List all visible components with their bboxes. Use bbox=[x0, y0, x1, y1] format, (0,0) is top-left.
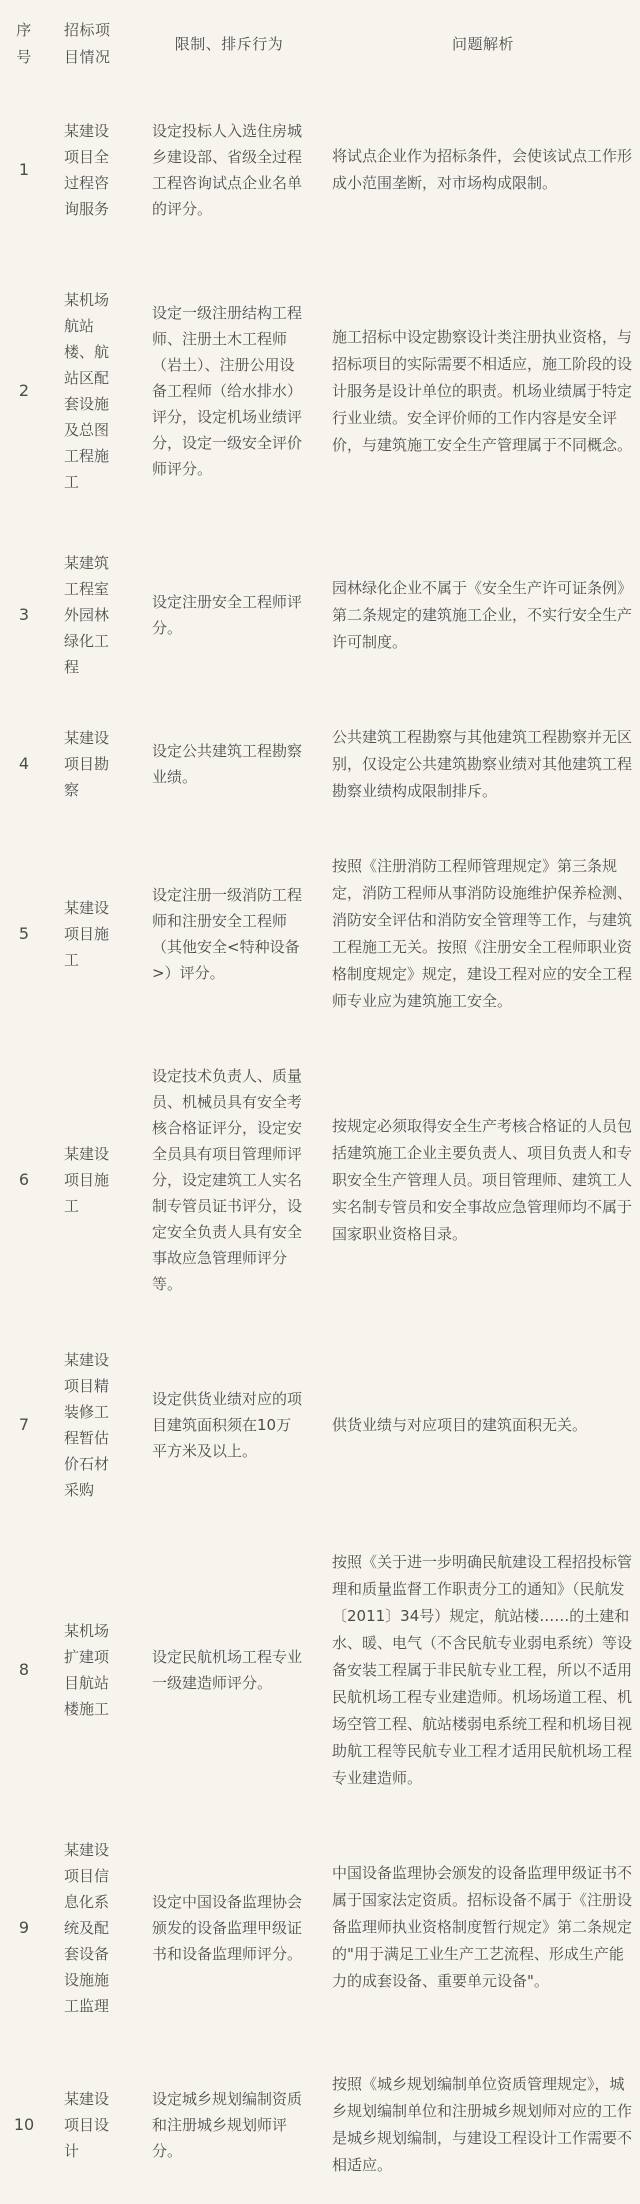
project-cell: 某机场航站楼、航站区配套设施及总图工程施工 bbox=[48, 252, 112, 530]
behavior-cell: 设定注册安全工程师评分。 bbox=[112, 530, 332, 700]
behavior-cell: 设定中国设备监理协会颁发的设备监理甲级证书和设备监理师评分。 bbox=[112, 1810, 332, 2045]
row-index: 6 bbox=[0, 1040, 48, 1320]
analysis-cell: 中国设备监理协会颁发的设备监理甲级证书不属于国家法定资质。招标设备不属于《注册设… bbox=[332, 1810, 640, 2045]
analysis-cell: 将试点企业作为招标条件，会使该试点工作形成小范围垄断，对市场构成限制。 bbox=[332, 88, 640, 252]
table-row: 3 某建筑工程室外园林绿化工程 设定注册安全工程师评分。 园林绿化企业不属于《安… bbox=[0, 530, 640, 700]
row-index: 3 bbox=[0, 530, 48, 700]
table-row: 2 某机场航站楼、航站区配套设施及总图工程施工 设定一级注册结构工程师、注册土木… bbox=[0, 252, 640, 530]
project-cell: 某建设项目设计 bbox=[48, 2045, 112, 2204]
header-project: 招标项目情况 bbox=[48, 0, 112, 88]
behavior-cell: 设定公共建筑工程勘察业绩。 bbox=[112, 700, 332, 828]
project-cell: 某建设项目施工 bbox=[48, 1040, 112, 1320]
header-behavior: 限制、排斥行为 bbox=[112, 0, 332, 88]
row-index: 7 bbox=[0, 1320, 48, 1530]
behavior-cell: 设定一级注册结构工程师、注册土木工程师（岩土）、注册公用设备工程师（给水排水）评… bbox=[112, 252, 332, 530]
row-index: 5 bbox=[0, 828, 48, 1040]
row-index: 1 bbox=[0, 88, 48, 252]
project-cell: 某建设项目精装修工程暂估价石材采购 bbox=[48, 1320, 112, 1530]
table-body: 1 某建设项目全过程咨询服务 设定投标人入选住房城乡建设部、省级全过程工程咨询试… bbox=[0, 88, 640, 2204]
analysis-cell: 公共建筑工程勘察与其他建筑工程勘察并无区别，仅设定公共建筑勘察业绩对其他建筑工程… bbox=[332, 700, 640, 828]
behavior-cell: 设定技术负责人、质量员、机械员具有安全考核合格证评分，设定安全员具有项目管理师评… bbox=[112, 1040, 332, 1320]
row-index: 8 bbox=[0, 1530, 48, 1810]
analysis-cell: 园林绿化企业不属于《安全生产许可证条例》第二条规定的建筑施工企业，不实行安全生产… bbox=[332, 530, 640, 700]
behavior-cell: 设定投标人入选住房城乡建设部、省级全过程工程咨询试点企业名单的评分。 bbox=[112, 88, 332, 252]
analysis-cell: 供货业绩与对应项目的建筑面积无关。 bbox=[332, 1320, 640, 1530]
project-cell: 某建设项目勘察 bbox=[48, 700, 112, 828]
header-index: 序号 bbox=[0, 0, 48, 88]
project-cell: 某机场扩建项目航站楼施工 bbox=[48, 1530, 112, 1810]
table-header: 序号 招标项目情况 限制、排斥行为 问题解析 bbox=[0, 0, 640, 88]
table-row: 9 某建设项目信息化系统及配套设备设施施工监理 设定中国设备监理协会颁发的设备监… bbox=[0, 1810, 640, 2045]
table-row: 6 某建设项目施工 设定技术负责人、质量员、机械员具有安全考核合格证评分，设定安… bbox=[0, 1040, 640, 1320]
analysis-cell: 按照《关于进一步明确民航建设工程招投标管理和质量监督工作职责分工的通知》（民航发… bbox=[332, 1530, 640, 1810]
row-index: 10 bbox=[0, 2045, 48, 2204]
row-index: 4 bbox=[0, 700, 48, 828]
header-row: 序号 招标项目情况 限制、排斥行为 问题解析 bbox=[0, 0, 640, 88]
analysis-cell: 按规定必须取得安全生产考核合格证的人员包括建筑施工企业主要负责人、项目负责人和专… bbox=[332, 1040, 640, 1320]
project-cell: 某建设项目施工 bbox=[48, 828, 112, 1040]
project-cell: 某建设项目信息化系统及配套设备设施施工监理 bbox=[48, 1810, 112, 2045]
analysis-cell: 按照《城乡规划编制单位资质管理规定》，城乡规划编制单位和注册城乡规划师对应的工作… bbox=[332, 2045, 640, 2204]
behavior-cell: 设定民航机场工程专业一级建造师评分。 bbox=[112, 1530, 332, 1810]
header-analysis: 问题解析 bbox=[332, 0, 640, 88]
project-cell: 某建筑工程室外园林绿化工程 bbox=[48, 530, 112, 700]
project-cell: 某建设项目全过程咨询服务 bbox=[48, 88, 112, 252]
behavior-cell: 设定城乡规划编制资质和注册城乡规划师评分。 bbox=[112, 2045, 332, 2204]
row-index: 2 bbox=[0, 252, 48, 530]
behavior-cell: 设定注册一级消防工程师和注册安全工程师（其他安全<特种设备>）评分。 bbox=[112, 828, 332, 1040]
analysis-cell: 按照《注册消防工程师管理规定》第三条规定，消防工程师从事消防设施维护保养检测、消… bbox=[332, 828, 640, 1040]
table-row: 1 某建设项目全过程咨询服务 设定投标人入选住房城乡建设部、省级全过程工程咨询试… bbox=[0, 88, 640, 252]
analysis-cell: 施工招标中设定勘察设计类注册执业资格，与招标项目的实际需要不相适应，施工阶段的设… bbox=[332, 252, 640, 530]
table-row: 4 某建设项目勘察 设定公共建筑工程勘察业绩。 公共建筑工程勘察与其他建筑工程勘… bbox=[0, 700, 640, 828]
behavior-cell: 设定供货业绩对应的项目建筑面积须在10万平方米及以上。 bbox=[112, 1320, 332, 1530]
row-index: 9 bbox=[0, 1810, 48, 2045]
bid-restriction-cases-table: 序号 招标项目情况 限制、排斥行为 问题解析 1 某建设项目全过程咨询服务 设定… bbox=[0, 0, 640, 2204]
table-row: 7 某建设项目精装修工程暂估价石材采购 设定供货业绩对应的项目建筑面积须在10万… bbox=[0, 1320, 640, 1530]
table-row: 10 某建设项目设计 设定城乡规划编制资质和注册城乡规划师评分。 按照《城乡规划… bbox=[0, 2045, 640, 2204]
table-row: 5 某建设项目施工 设定注册一级消防工程师和注册安全工程师（其他安全<特种设备>… bbox=[0, 828, 640, 1040]
table-row: 8 某机场扩建项目航站楼施工 设定民航机场工程专业一级建造师评分。 按照《关于进… bbox=[0, 1530, 640, 1810]
